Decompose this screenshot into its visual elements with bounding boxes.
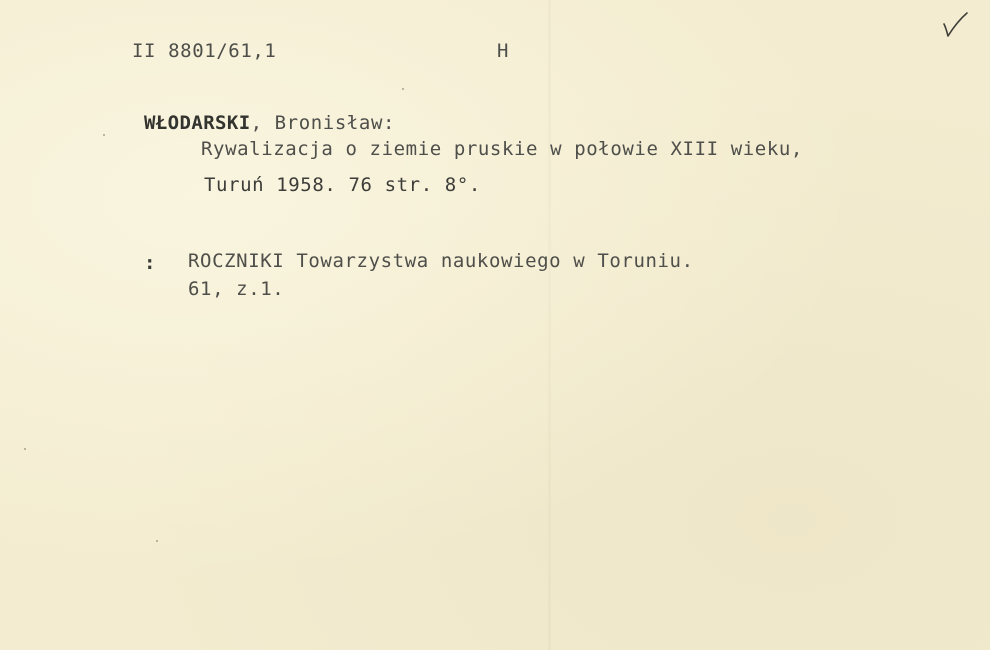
title-statement: Rywalizacja o ziemie pruskie w połowie X…: [201, 140, 803, 159]
paper-speck: [24, 448, 26, 450]
author-surname: WŁODARSKI: [144, 112, 251, 134]
series-statement: ROCZNIKI Towarzystwa naukowiego w Toruni…: [188, 252, 694, 271]
call-number: II 8801/61,1: [132, 42, 276, 61]
checkmark-icon: [940, 10, 970, 40]
imprint-statement: Turuń 1958. 76 str. 8°.: [204, 176, 481, 195]
paper-speck: [103, 134, 105, 136]
paper-speck: [402, 88, 404, 90]
location-code: H: [497, 42, 509, 61]
paper-speck: [156, 540, 158, 542]
series-marker: :: [144, 254, 156, 273]
author-terminator: :: [383, 112, 395, 134]
catalog-card: II 8801/61,1 H WŁODARSKI, Bronisław: Ryw…: [0, 0, 990, 650]
series-volume: 61, z.1.: [188, 280, 284, 299]
author-heading: WŁODARSKI, Bronisław:: [144, 114, 395, 133]
author-separator: ,: [251, 112, 275, 134]
author-given-name: Bronisław: [275, 112, 383, 134]
